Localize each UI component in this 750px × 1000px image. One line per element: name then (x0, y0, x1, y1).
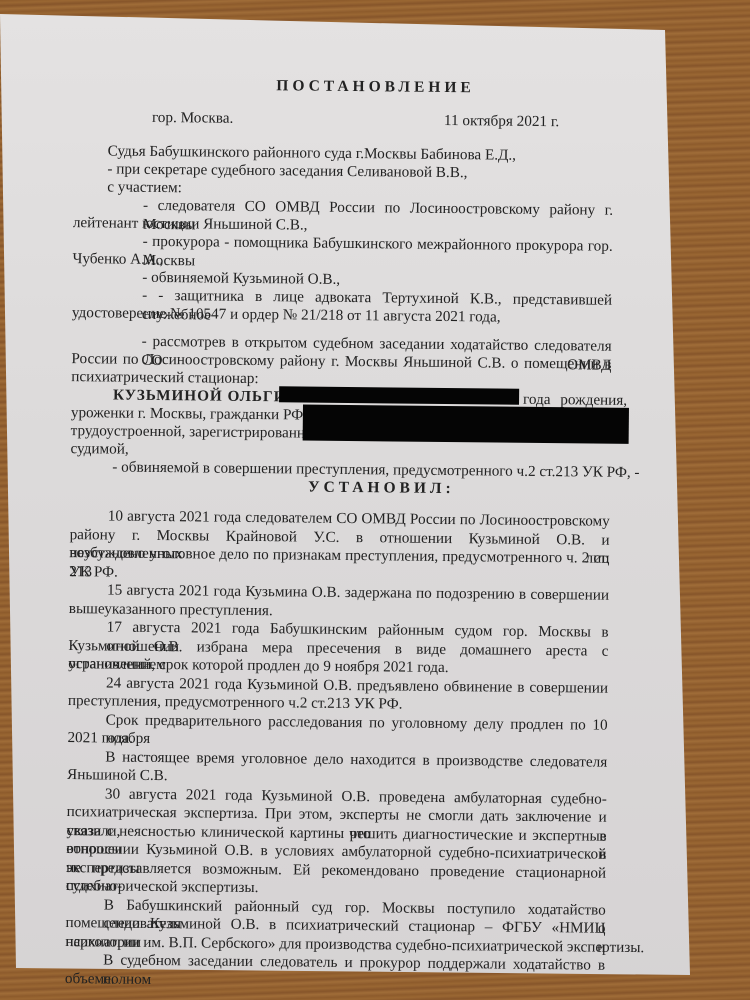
paragraph-7-line-6: психиатрической экспертизы. (66, 877, 259, 898)
paragraph-5-line-1: Срок предварительного расследования по у… (105, 711, 607, 753)
established-heading: УСТАНОВИЛ: (308, 479, 455, 499)
document-city: гор. Москва. (152, 109, 234, 128)
participant-defender-cont: удостоверение № 10547 и ордер № 21/218 о… (72, 304, 501, 327)
redaction-birthdate (279, 386, 519, 405)
participation-label: с участием: (107, 178, 182, 197)
redaction-address (303, 405, 629, 444)
paragraph-9-line-2: объеме. (65, 970, 115, 989)
established-paragraphs: 10 августа 2021 года следователем СО ОМВ… (5, 0, 750, 4)
court-ruling-document: ПОСТАНОВЛЕНИЕ гор. Москва. 11 октября 20… (0, 0, 750, 1000)
considered-line-3: психиатрический стационар: (71, 368, 259, 388)
accused-name: КУЗЬМИНОЙ ОЛЬГИ (113, 387, 287, 407)
paragraph-1-line-3: возбуждено уголовное дело по признакам п… (69, 544, 609, 587)
paragraph-9-line-1: В судебном заседании следователь и проку… (103, 951, 605, 993)
paragraph-5-line-2: 2021 года. (67, 729, 133, 748)
document-title: ПОСТАНОВЛЕНИЕ (276, 77, 475, 98)
convicted-line: судимой, (70, 440, 128, 459)
participant-investigator-cont: лейтенант юстиции Яньшиной С.В., (73, 214, 308, 235)
participant-prosecutor: - прокурора - помощника Бабушкинского ме… (142, 233, 612, 275)
paragraph-6-line-1: В настоящее время уголовное дело находит… (105, 748, 607, 772)
paragraph-2-line-2: вышеуказанного преступления. (69, 600, 273, 621)
paragraph-1-line-4: УК РФ. (69, 563, 118, 582)
participant-prosecutor-cont: Чубенко А.А., (72, 250, 163, 269)
document-date: 11 октября 2021 г. (444, 112, 559, 132)
paragraph-6-line-2: Яньшиной С.В. (67, 766, 168, 786)
